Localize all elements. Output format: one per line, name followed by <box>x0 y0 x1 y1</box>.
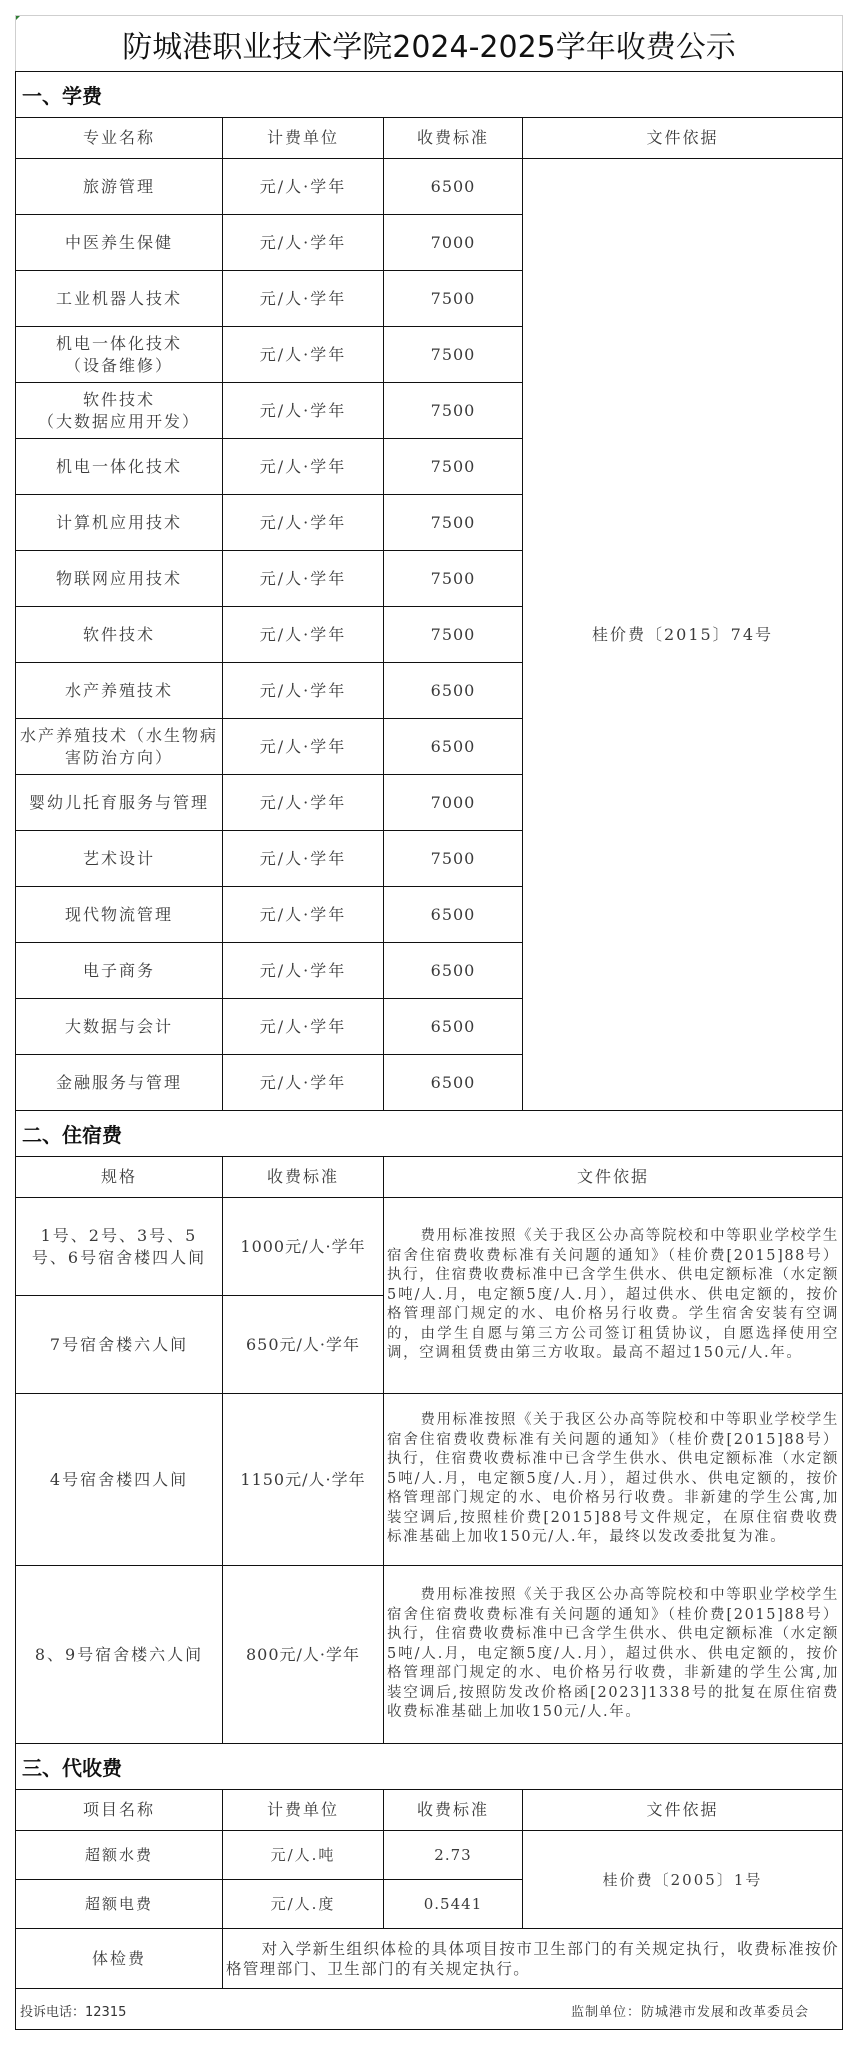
tuition-row-unit: 元/人·学年 <box>222 886 384 943</box>
exam-note: 对入学新生组织体检的具体项目按市卫生部门的有关规定执行，收费标准按价格管理部门、… <box>222 1928 843 1989</box>
tuition-row-major: 大数据与会计 <box>15 998 223 1055</box>
tuition-row-major: 水产养殖技术（水生物病害防治方向） <box>15 718 223 775</box>
tuition-row-fee: 7500 <box>383 270 523 327</box>
tuition-row-fee: 6500 <box>383 662 523 719</box>
section-dorm-label: 二、住宿费 <box>15 1110 843 1157</box>
tuition-row-unit: 元/人·学年 <box>222 270 384 327</box>
dorm-header-spec: 规格 <box>15 1156 223 1198</box>
tuition-row-unit: 元/人·学年 <box>222 998 384 1055</box>
section-tuition-label: 一、学费 <box>15 71 843 118</box>
tuition-row-unit: 元/人·学年 <box>222 438 384 495</box>
tuition-row-unit: 元/人·学年 <box>222 550 384 607</box>
tuition-row-major: 水产养殖技术 <box>15 662 223 719</box>
tuition-row-major: 软件技术 （大数据应用开发） <box>15 382 223 439</box>
tuition-row-unit: 元/人·学年 <box>222 774 384 831</box>
tuition-row-fee: 6500 <box>383 998 523 1055</box>
tuition-row-unit: 元/人·学年 <box>222 942 384 999</box>
tuition-row-fee: 7500 <box>383 326 523 383</box>
agency-header-unit: 计费单位 <box>222 1789 384 1831</box>
tuition-row-unit: 元/人·学年 <box>222 326 384 383</box>
dorm-row-spec: 4号宿舍楼四人间 <box>15 1393 223 1566</box>
dorm-row-spec: 7号宿舍楼六人间 <box>15 1295 223 1394</box>
dorm-basis-text: 费用标准按照《关于我区公办高等院校和中等职业学校学生宿舍住宿费收费标准有关问题的… <box>383 1197 843 1394</box>
header-unit: 计费单位 <box>222 117 384 159</box>
tuition-row-major: 金融服务与管理 <box>15 1054 223 1111</box>
dorm-header-fee: 收费标准 <box>222 1156 384 1198</box>
tuition-row-fee: 6500 <box>383 886 523 943</box>
agency-header-fee: 收费标准 <box>383 1789 523 1831</box>
dorm-header-basis: 文件依据 <box>383 1156 843 1198</box>
agency-header-item: 项目名称 <box>15 1789 223 1831</box>
section-agency-label: 三、代收费 <box>15 1743 843 1790</box>
tuition-row-major: 物联网应用技术 <box>15 550 223 607</box>
tuition-row-major: 软件技术 <box>15 606 223 663</box>
dorm-row-fee: 650元/人·学年 <box>222 1295 384 1394</box>
page-title-box: 防城港职业技术学院2024-2025学年收费公示 <box>15 15 843 72</box>
tuition-row-major: 计算机应用技术 <box>15 494 223 551</box>
tuition-row-major: 电子商务 <box>15 942 223 999</box>
tuition-row-fee: 7000 <box>383 774 523 831</box>
dorm-basis-text: 费用标准按照《关于我区公办高等院校和中等职业学校学生宿舍住宿费收费标准有关问题的… <box>383 1565 843 1744</box>
tuition-row-major: 机电一体化技术 （设备维修） <box>15 326 223 383</box>
tuition-row-unit: 元/人·学年 <box>222 830 384 887</box>
tuition-row-fee: 7500 <box>383 830 523 887</box>
tuition-row-fee: 7500 <box>383 382 523 439</box>
agency-basis: 桂价费〔2005〕1号 <box>522 1830 843 1929</box>
dorm-row-fee: 800元/人·学年 <box>222 1565 384 1744</box>
tuition-row-unit: 元/人·学年 <box>222 1054 384 1111</box>
exam-item: 体检费 <box>15 1928 223 1989</box>
footer: 投诉电话：12315 监制单位：防城港市发展和改革委员会 <box>15 1988 843 2030</box>
agency-row-fee: 0.5441 <box>383 1879 523 1929</box>
agency-row-item: 超额电费 <box>15 1879 223 1929</box>
agency-row-unit: 元/人.吨 <box>222 1830 384 1880</box>
tuition-row-major: 现代物流管理 <box>15 886 223 943</box>
tuition-row-fee: 7500 <box>383 606 523 663</box>
tuition-row-major: 工业机器人技术 <box>15 270 223 327</box>
agency-header-basis: 文件依据 <box>522 1789 843 1831</box>
cell-marker-icon <box>16 16 20 20</box>
header-major: 专业名称 <box>15 117 223 159</box>
tuition-row-fee: 6500 <box>383 718 523 775</box>
tuition-row-major: 中医养生保健 <box>15 214 223 271</box>
complaint-phone: 投诉电话：12315 <box>20 2001 126 2020</box>
header-fee: 收费标准 <box>383 117 523 159</box>
tuition-row-unit: 元/人·学年 <box>222 662 384 719</box>
tuition-row-major: 机电一体化技术 <box>15 438 223 495</box>
dorm-basis-text: 费用标准按照《关于我区公办高等院校和中等职业学校学生宿舍住宿费收费标准有关问题的… <box>383 1393 843 1566</box>
tuition-row-unit: 元/人·学年 <box>222 382 384 439</box>
tuition-row-fee: 7500 <box>383 438 523 495</box>
agency-row-unit: 元/人.度 <box>222 1879 384 1929</box>
tuition-row-unit: 元/人·学年 <box>222 718 384 775</box>
tuition-row-fee: 7000 <box>383 214 523 271</box>
tuition-row-fee: 7500 <box>383 494 523 551</box>
agency-row-fee: 2.73 <box>383 1830 523 1880</box>
supervisor: 监制单位：防城港市发展和改革委员会 <box>571 2001 809 2020</box>
header-basis: 文件依据 <box>522 117 843 159</box>
tuition-row-unit: 元/人·学年 <box>222 606 384 663</box>
tuition-row-fee: 7500 <box>383 550 523 607</box>
tuition-row-fee: 6500 <box>383 942 523 999</box>
dorm-row-fee: 1150元/人·学年 <box>222 1393 384 1566</box>
tuition-row-major: 婴幼儿托育服务与管理 <box>15 774 223 831</box>
dorm-row-spec: 8、9号宿舍楼六人间 <box>15 1565 223 1744</box>
tuition-row-fee: 6500 <box>383 1054 523 1111</box>
tuition-basis: 桂价费〔2015〕74号 <box>522 158 843 1111</box>
agency-row-item: 超额水费 <box>15 1830 223 1880</box>
dorm-row-fee: 1000元/人·学年 <box>222 1197 384 1296</box>
tuition-row-major: 艺术设计 <box>15 830 223 887</box>
tuition-row-fee: 6500 <box>383 158 523 215</box>
dorm-row-spec: 1号、2号、3号、5号、6号宿舍楼四人间 <box>15 1197 223 1296</box>
tuition-row-major: 旅游管理 <box>15 158 223 215</box>
tuition-row-unit: 元/人·学年 <box>222 494 384 551</box>
tuition-row-unit: 元/人·学年 <box>222 214 384 271</box>
page-title: 防城港职业技术学院2024-2025学年收费公示 <box>122 22 736 66</box>
tuition-row-unit: 元/人·学年 <box>222 158 384 215</box>
